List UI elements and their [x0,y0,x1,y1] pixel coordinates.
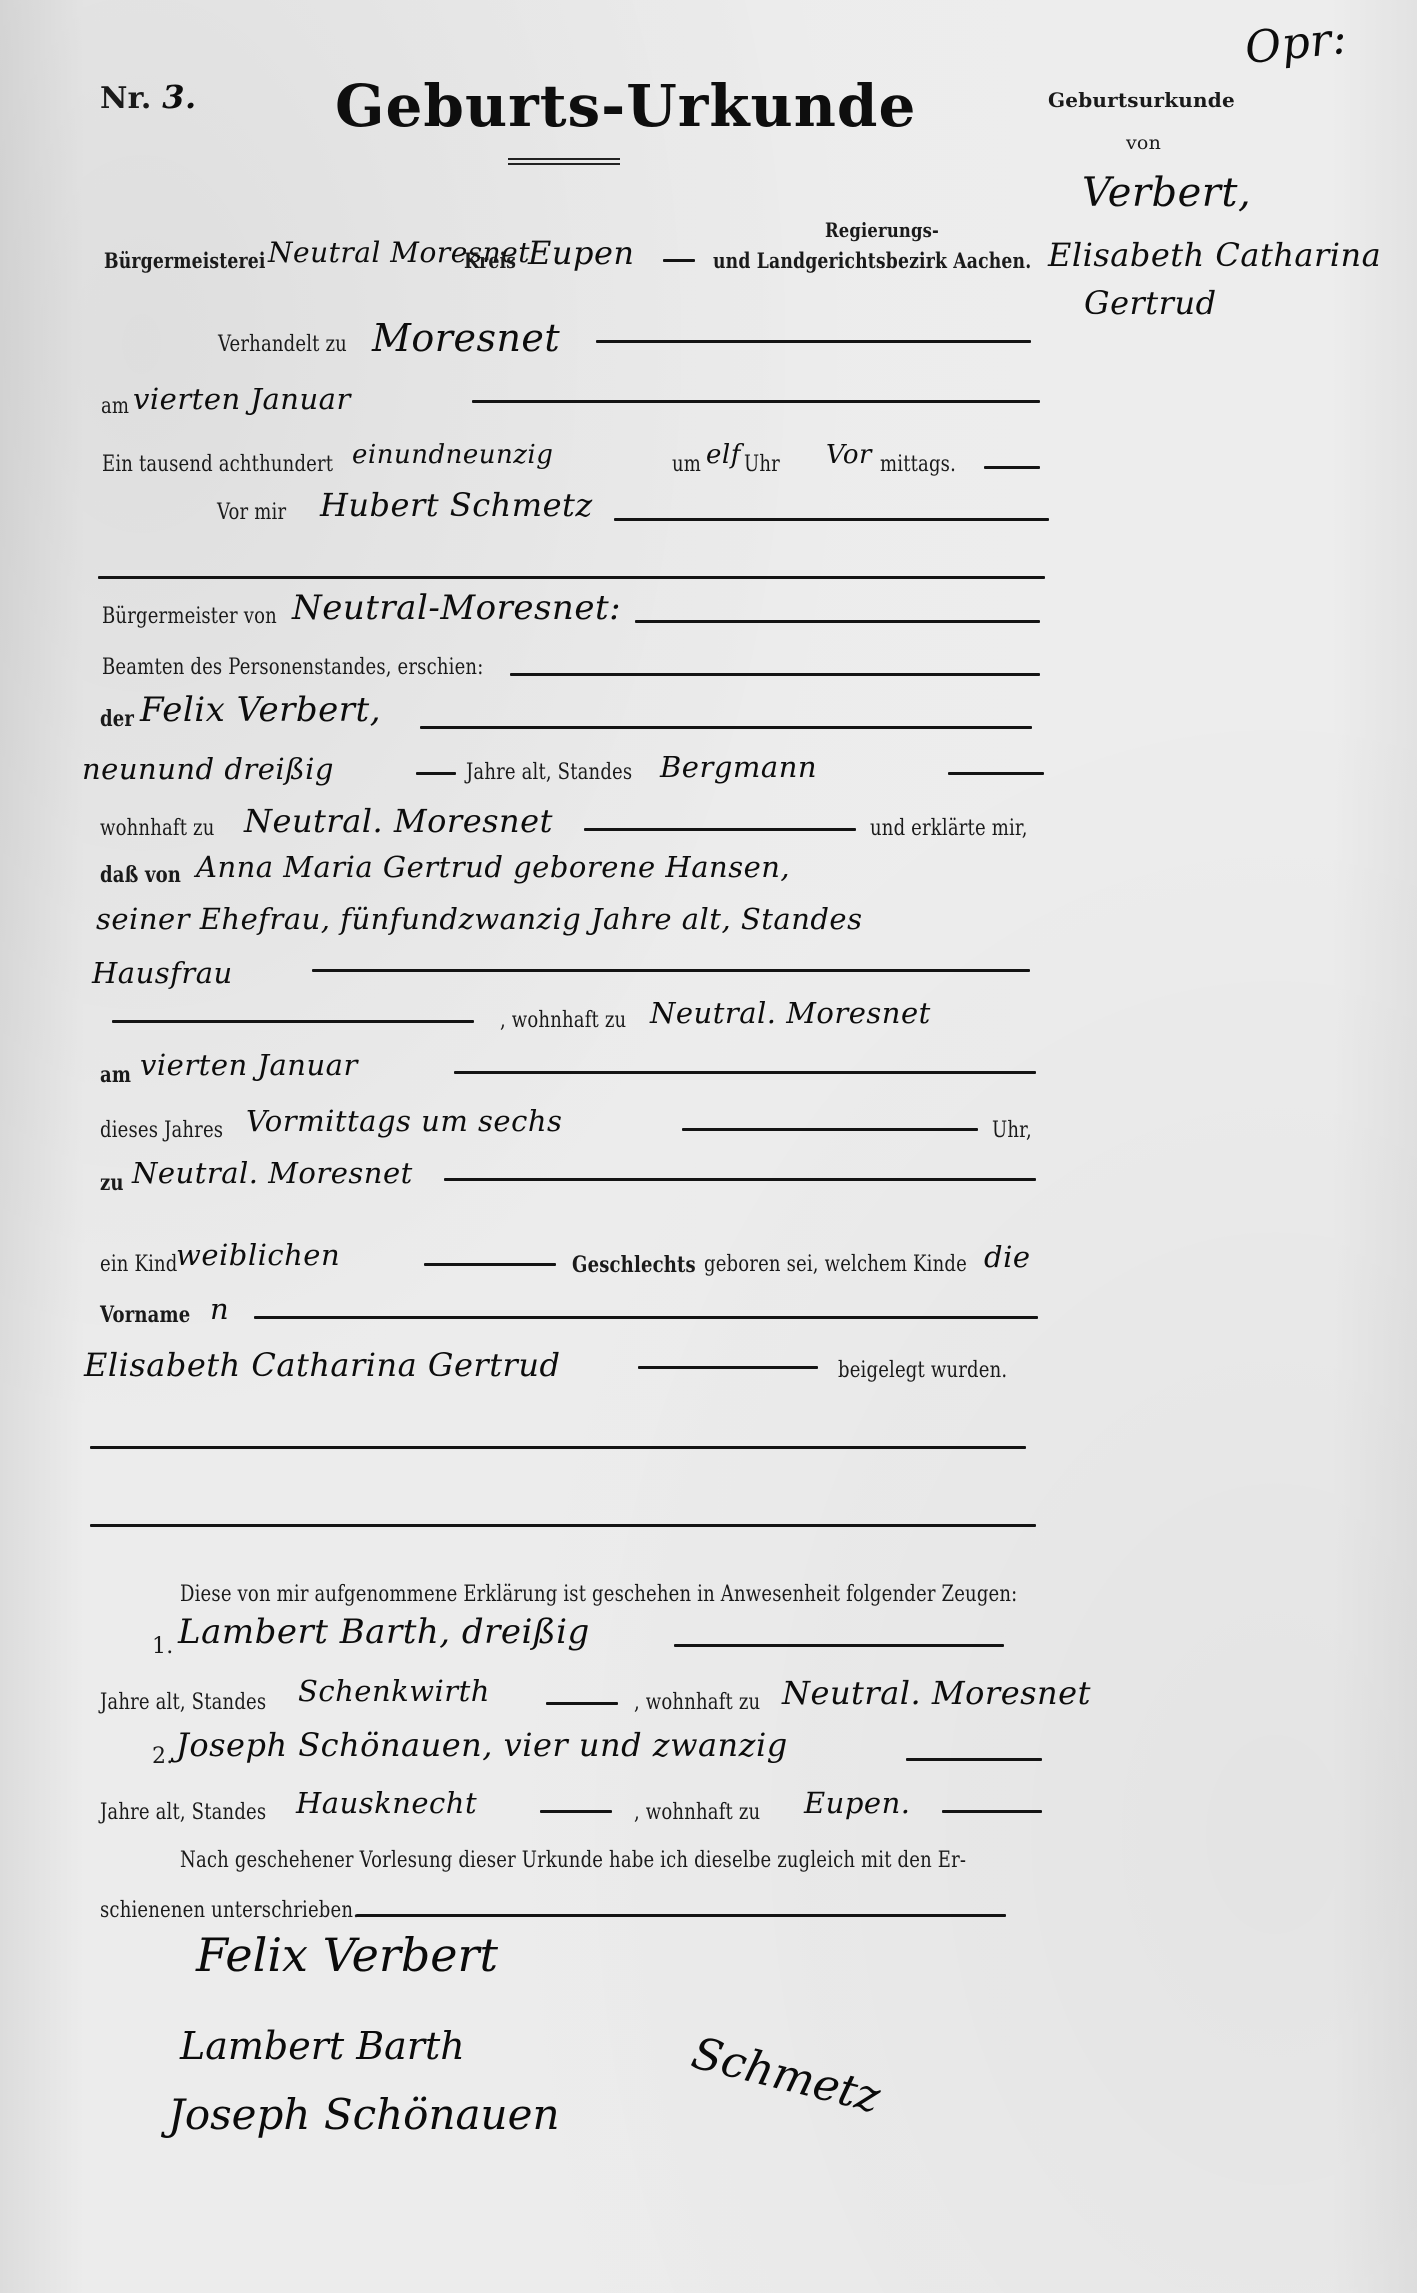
beamten-label: Beamten des Personenstandes, erschien: [102,655,483,680]
closing-line-2: schienenen unterschrieben. [100,1898,359,1923]
district-rule [663,259,695,262]
der-label: der [100,706,134,732]
declarant-residence: Neutral. Moresnet [244,802,553,840]
page-title: Geburts-Urkunde [335,72,916,140]
official-name: Hubert Schmetz [320,486,593,524]
am-label: am [101,394,129,419]
rule [635,620,1040,623]
mittags-label: mittags. [880,452,956,477]
rule [454,1071,1036,1074]
mother-occupation: Hausfrau [92,956,233,990]
signature-declarant: Felix Verbert [196,1928,498,1982]
landgericht-label: und Landgerichtsbezirk Aachen. [713,248,1031,273]
buergermeister-label: Bürgermeister von [102,604,277,629]
rule [356,1914,1006,1917]
birth-date: vierten Januar [140,1048,358,1082]
kreis-label: Kreis [464,248,516,273]
witness-2-jahre-label: Jahre alt, Standes [100,1800,266,1825]
witness-1-occupation: Schenkwirth [298,1674,490,1708]
margin-given-names-1: Elisabeth Catharina [1048,236,1381,274]
witness-1-number: 1. [152,1634,173,1659]
rule [948,772,1044,775]
rule [984,466,1040,469]
vorname-label: Vorname [100,1302,190,1328]
witness-1-residence: Neutral. Moresnet [782,1674,1091,1712]
rule [424,1263,556,1266]
corner-note: Opr: [1243,13,1350,74]
buergermeisterei-label: Bürgermeisterei [104,248,266,273]
buergermeister-value: Neutral-Moresnet: [292,588,621,628]
erklaerte-label: und erklärte mir, [870,816,1028,841]
mother-wohnhaft-label: , wohnhaft zu [500,1008,626,1033]
declarant-age: neunund dreißig [82,752,334,786]
record-number-label: Nr. 3. [100,78,197,116]
declarant-occupation: Bergmann [660,750,817,784]
zu-label: zu [100,1170,124,1196]
birth-place: Neutral. Moresnet [132,1156,413,1190]
rule [444,1178,1036,1181]
dieses-jahres-label: dieses Jahres [100,1118,223,1143]
witness-1-jahre-label: Jahre alt, Standes [100,1690,266,1715]
ein-kind-label: ein Kind [100,1252,178,1277]
geboren-suffix: die [984,1240,1031,1274]
number-value: 3. [162,78,196,116]
witness-2-name-age: Joseph Schönauen, vier und zwanzig [176,1726,788,1764]
rule [906,1758,1042,1761]
rule [614,518,1049,521]
rule [90,1446,1026,1449]
vor-mir-label: Vor mir [217,500,286,525]
verhandelt-label: Verhandelt zu [218,332,347,357]
margin-given-names-2: Gertrud [1084,284,1217,322]
mother-residence: Neutral. Moresnet [650,996,931,1030]
rule [540,1810,612,1813]
title-underline [508,158,620,160]
rule [682,1128,978,1131]
signature-official: Schmetz [687,2028,885,2124]
mother-line-2: seiner Ehefrau, fünfundzwanzig Jahre alt… [96,902,862,936]
year-value: einundneunzig [352,440,553,470]
witness-2-wohnhaft-label: , wohnhaft zu [634,1800,760,1825]
rule [112,1020,474,1023]
rule [472,400,1040,403]
declarant-name: Felix Verbert, [140,690,381,730]
dass-von-label: daß von [100,862,181,888]
birth-time: Vormittags um sechs [246,1104,562,1138]
rule [674,1644,1004,1647]
rule [254,1316,1038,1319]
kreis-value: Eupen [528,234,635,272]
rule [638,1366,818,1369]
birth-am-label: am [100,1062,131,1088]
geboren-label: geboren sei, welchem Kinde [704,1252,967,1277]
witness-2-number: 2. [152,1744,173,1769]
verhandelt-value: Moresnet [372,316,560,360]
witness-2-residence: Eupen. [804,1786,910,1820]
hour-value: elf [706,440,741,470]
rule [312,969,1030,972]
um-label: um [672,452,701,477]
date-value: vierten Januar [133,382,351,416]
rule [90,1524,1036,1527]
rule [942,1810,1042,1813]
signature-witness-2: Joseph Schönauen [168,2090,560,2139]
geschlechts-label: Geschlechts [572,1252,696,1278]
uhr-label: Uhr [744,452,780,477]
wohnhaft-label: wohnhaft zu [100,816,215,841]
margin-von: von [1126,132,1161,154]
rule [584,828,856,831]
jahre-alt-label: Jahre alt, Standes [466,760,632,785]
witness-1-wohnhaft-label: , wohnhaft zu [634,1690,760,1715]
rule [510,673,1040,676]
witnesses-intro: Diese von mir aufgenommene Erklärung ist… [180,1582,1017,1607]
margin-surname: Verbert, [1082,170,1251,216]
meridiem-value: Vor [826,440,872,470]
witness-2-occupation: Hausknecht [296,1786,477,1820]
number-label: Nr. [100,81,152,116]
title-underline-2 [508,163,620,165]
mother-line-1: Anna Maria Gertrud geborene Hansen, [196,850,790,884]
rule [98,576,1045,579]
rule [546,1702,618,1705]
birth-uhr-label: Uhr, [992,1118,1032,1143]
signature-witness-1: Lambert Barth [180,2024,465,2068]
vorname-suffix: n [210,1292,229,1326]
witness-1-name-age: Lambert Barth, dreißig [178,1612,590,1652]
beigelegt-label: beigelegt wurden. [838,1358,1007,1383]
rule [416,772,456,775]
child-names: Elisabeth Catharina Gertrud [84,1346,560,1384]
sex-value: weiblichen [176,1238,340,1272]
rule [420,726,1032,729]
year-prefix-label: Ein tausend achthundert [102,452,333,477]
margin-title: Geburtsurkunde [1048,88,1235,112]
closing-line-1: Nach geschehener Vorlesung dieser Urkund… [180,1848,966,1873]
rule [596,340,1031,343]
regierungs-label: Regierungs- [825,218,939,242]
